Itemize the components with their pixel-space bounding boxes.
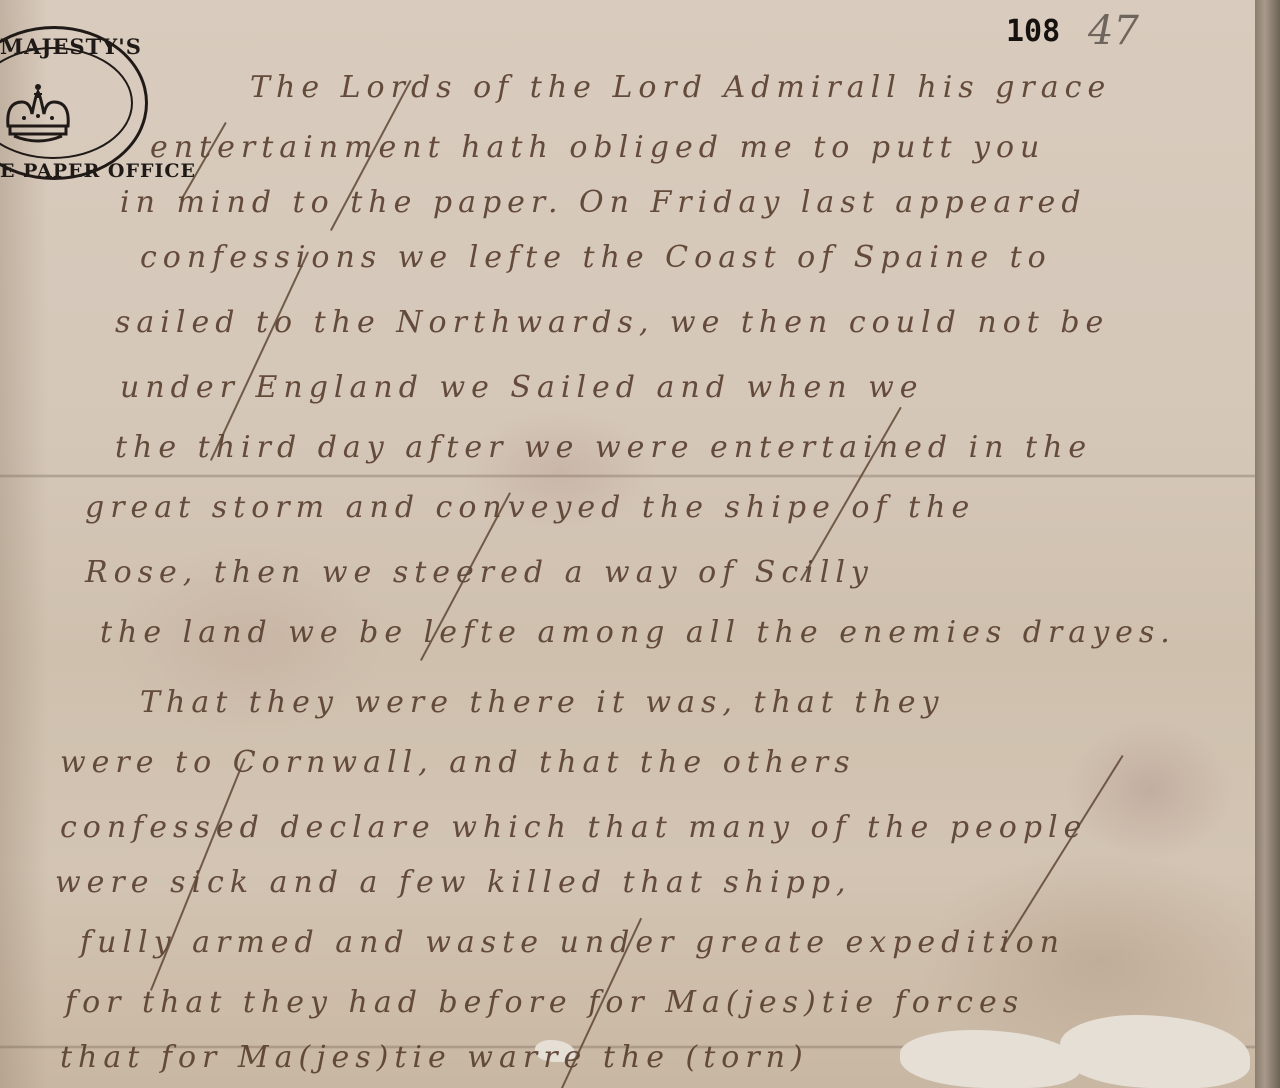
folio-number-pencil: 47	[1088, 8, 1139, 54]
manuscript-line: confessed declare which that many of the…	[60, 810, 1087, 845]
manuscript-line: that for Ma(jes)tie warre the (torn)	[60, 1040, 809, 1075]
manuscript-line: That they were there it was, that they	[140, 685, 944, 720]
manuscript-line: under England we Sailed and when we	[120, 370, 924, 405]
manuscript-line: Rose, then we steered a way of Scilly	[85, 555, 874, 590]
manuscript-line: were to Cornwall, and that the others	[60, 745, 856, 780]
manuscript-line: confessions we lefte the Coast of Spaine…	[140, 240, 1052, 275]
manuscript-line: the third day after we were entertained …	[115, 430, 1092, 465]
stamp-text-top: MAJESTY'S	[0, 34, 142, 59]
page-edge	[1255, 0, 1280, 1088]
manuscript-line: The Lords of the Lord Admirall his grace	[250, 70, 1111, 105]
manuscript-line: for that they had before for Ma(jes)tie …	[65, 985, 1024, 1020]
crown-icon	[2, 80, 74, 152]
manuscript-line: fully armed and waste under greate exped…	[80, 925, 1065, 960]
manuscript-line: the land we be lefte among all the enemi…	[100, 615, 1176, 650]
manuscript-line: in mind to the paper. On Friday last app…	[120, 185, 1087, 220]
folio-number-stamped: 108	[1006, 14, 1060, 49]
manuscript-line: entertainment hath obliged me to putt yo…	[150, 130, 1045, 165]
fold-line	[0, 474, 1255, 478]
manuscript-line: sailed to the Northwards, we then could …	[115, 305, 1109, 340]
manuscript-line: were sick and a few killed that shipp,	[55, 865, 852, 900]
